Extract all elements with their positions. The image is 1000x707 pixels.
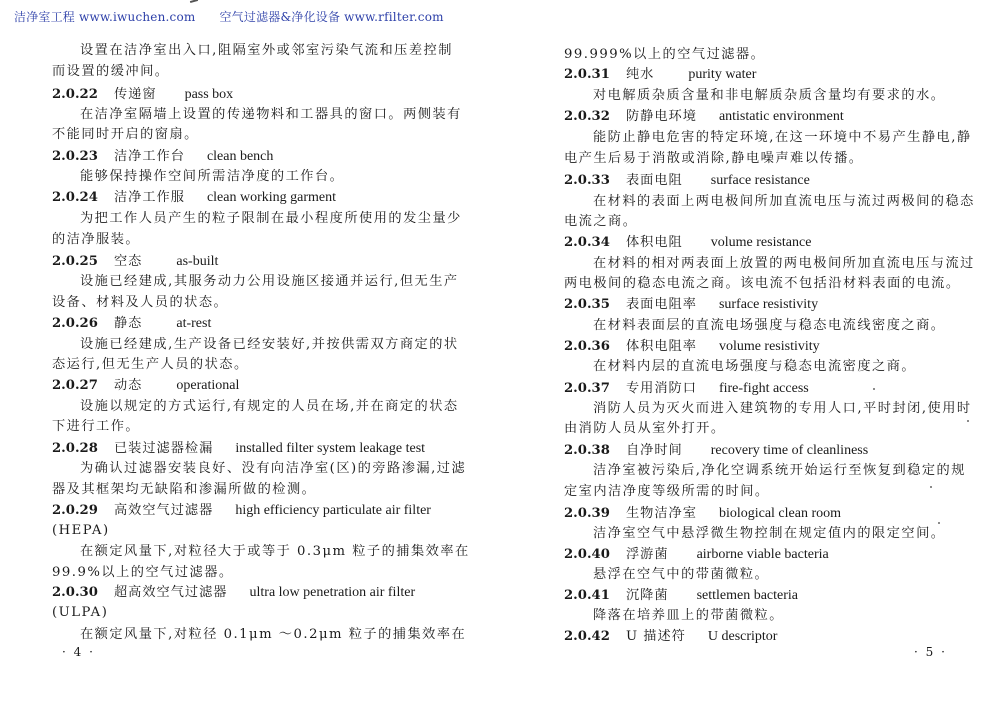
definition-text: 在材料的表面上两电极间所加直流电压与流过两极间的稳态 [593, 193, 975, 211]
term-number: 2.0.26 [52, 315, 102, 333]
term-number: 2.0.38 [564, 442, 614, 460]
term-number: 2.0.34 [564, 234, 614, 252]
term-heading: 2.0.30超高效空气过滤器ultra low penetration air … [52, 584, 415, 602]
term-number: 2.0.27 [52, 377, 102, 395]
continuation-text: 电流之商。 [564, 213, 637, 231]
term-chinese: 洁净工作台 [114, 148, 185, 166]
term-heading: 2.0.29高效空气过滤器high efficiency particulate… [52, 502, 431, 520]
term-number: 2.0.28 [52, 440, 102, 458]
term-heading: 2.0.39生物洁净室biological clean room [564, 505, 841, 523]
term-chinese: 体积电阻率 [626, 338, 697, 356]
definition-text: 洁净室被污染后,净化空调系统开始运行至恢复到稳定的规 [593, 462, 966, 480]
term-heading: 2.0.26静态at-rest [52, 315, 211, 333]
term-chinese: 专用消防口 [626, 380, 697, 398]
continuation-text: 设备、材料及人员的状态。 [52, 294, 228, 312]
term-number: 2.0.22 [52, 86, 102, 104]
term-heading: 2.0.22传递窗pass box [52, 86, 233, 104]
term-heading: 2.0.41沉降菌settlemen bacteria [564, 587, 798, 605]
term-number: 2.0.42 [564, 628, 614, 646]
continuation-text: 的洁净服装。 [52, 231, 140, 249]
term-heading: 2.0.23洁净工作台clean bench [52, 148, 273, 166]
definition-text: 在额定风量下,对粒径大于或等于 0.3μm 粒子的捕集效率在 [80, 543, 470, 561]
term-english: settlemen bacteria [697, 588, 798, 603]
definition-text: 为把工作人员产生的粒子限制在最小程度所使用的发尘量少 [80, 210, 462, 228]
term-heading: 2.0.27动态operational [52, 377, 239, 395]
term-english: fire-fight access [719, 381, 809, 396]
definition-text: 在材料表面层的直流电场强度与稳态电流线密度之商。 [593, 317, 946, 335]
definition-text: 设置在洁净室出入口,阻隔室外或邻室污染气流和压差控制 [80, 42, 453, 60]
definition-text: 能够保持操作空间所需洁净度的工作台。 [80, 168, 344, 186]
term-english: biological clean room [719, 506, 841, 521]
term-number: 2.0.37 [564, 380, 614, 398]
term-chinese: 体积电阻 [626, 234, 683, 252]
scan-speck [938, 522, 940, 524]
term-number: 2.0.24 [52, 189, 102, 207]
continuation-text: 不能同时开启的窗扇。 [52, 126, 199, 144]
term-english: volume resistivity [719, 339, 820, 354]
definition-text: 设施已经建成,其服务动力公用设施区接通并运行,但无生产 [80, 273, 459, 291]
term-english: ultra low penetration air filter [250, 585, 416, 600]
definition-text: 在额定风量下,对粒径 0.1μm ～0.2μm 粒子的捕集效率在 [80, 626, 466, 644]
term-chinese: 已装过滤器检漏 [114, 440, 213, 458]
term-chinese: 生物洁净室 [626, 505, 697, 523]
term-english: recovery time of cleanliness [711, 443, 868, 458]
definition-text: 消防人员为灭火而进入建筑物的专用人口,平时封闭,使用时 [593, 400, 972, 418]
scan-speck [873, 388, 875, 390]
definition-text: 在材料的相对两表面上放置的两电极间所加直流电压与流过 [593, 255, 975, 273]
term-number: 2.0.36 [564, 338, 614, 356]
term-heading: 2.0.34体积电阻volume resistance [564, 234, 811, 252]
right-page: 99.999%以上的空气过滤器。2.0.31纯水purity water对电解质… [520, 0, 990, 707]
term-chinese: 防静电环境 [626, 108, 697, 126]
term-number: 2.0.29 [52, 502, 102, 520]
continuation-text: (ULPA) [52, 604, 108, 622]
term-heading: 2.0.28已装过滤器检漏installed filter system lea… [52, 440, 425, 458]
term-english: as-built [176, 254, 218, 269]
term-chinese: 表面电阻率 [626, 296, 697, 314]
term-heading: 2.0.24洁净工作服clean working garment [52, 189, 336, 207]
scan-speck [967, 420, 969, 422]
continuation-text: 99.9%以上的空气过滤器。 [52, 564, 234, 582]
continuation-text: 99.999%以上的空气过滤器。 [564, 46, 765, 64]
term-english: at-rest [176, 316, 211, 331]
term-heading: 2.0.42U 描述符U descriptor [564, 628, 777, 646]
term-english: surface resistance [711, 173, 810, 188]
term-english: purity water [688, 67, 756, 82]
left-page: 设置在洁净室出入口,阻隔室外或邻室污染气流和压差控制而设置的缓冲间。2.0.22… [0, 0, 470, 707]
continuation-text: 态运行,但无生产人员的状态。 [52, 356, 249, 374]
term-chinese: 沉降菌 [626, 587, 669, 605]
term-number: 2.0.41 [564, 587, 614, 605]
term-chinese: 静态 [114, 315, 142, 333]
term-chinese: 动态 [114, 377, 142, 395]
term-chinese: 超高效空气过滤器 [114, 584, 228, 602]
definition-text: 设施已经建成,生产设备已经安装好,并按供需双方商定的状 [80, 336, 459, 354]
term-chinese: 空态 [114, 253, 142, 271]
term-number: 2.0.35 [564, 296, 614, 314]
term-chinese: U 描述符 [626, 628, 686, 646]
term-heading: 2.0.38自净时间recovery time of cleanliness [564, 442, 868, 460]
continuation-text: 器及其框架均无缺陷和渗漏所做的检测。 [52, 481, 316, 499]
term-chinese: 传递窗 [114, 86, 157, 104]
term-english: volume resistance [711, 235, 812, 250]
term-number: 2.0.39 [564, 505, 614, 523]
term-number: 2.0.33 [564, 172, 614, 190]
term-heading: 2.0.40浮游菌airborne viable bacteria [564, 546, 829, 564]
continuation-text: 由消防人员从室外打开。 [564, 420, 726, 438]
term-english: airborne viable bacteria [697, 547, 829, 562]
definition-text: 设施以规定的方式运行,有规定的人员在场,并在商定的状态 [80, 398, 459, 416]
term-chinese: 纯水 [626, 66, 654, 84]
term-number: 2.0.32 [564, 108, 614, 126]
term-english: installed filter system leakage test [235, 441, 425, 456]
continuation-text: 电产生后易于消散或消除,静电噪声难以传播。 [564, 150, 863, 168]
term-number: 2.0.23 [52, 148, 102, 166]
term-chinese: 表面电阻 [626, 172, 683, 190]
term-number: 2.0.40 [564, 546, 614, 564]
term-english: U descriptor [708, 629, 778, 644]
term-heading: 2.0.36体积电阻率volume resistivity [564, 338, 820, 356]
term-chinese: 浮游菌 [626, 546, 669, 564]
term-english: pass box [185, 87, 234, 102]
term-english: antistatic environment [719, 109, 844, 124]
definition-text: 洁净室空气中悬浮微生物控制在规定值内的限定空间。 [593, 525, 946, 543]
term-english: surface resistivity [719, 297, 818, 312]
term-heading: 2.0.31纯水purity water [564, 66, 756, 84]
term-number: 2.0.25 [52, 253, 102, 271]
term-heading: 2.0.32防静电环境antistatic environment [564, 108, 844, 126]
scan-speck [930, 486, 932, 488]
definition-text: 为确认过滤器安装良好、没有向洁净室(区)的旁路渗漏,过滤 [80, 460, 466, 478]
page-number-left: · 4 · [62, 645, 95, 659]
term-english: high efficiency particulate air filter [235, 503, 431, 518]
continuation-text: 而设置的缓冲间。 [52, 63, 170, 81]
term-heading: 2.0.35表面电阻率surface resistivity [564, 296, 818, 314]
term-heading: 2.0.33表面电阻surface resistance [564, 172, 810, 190]
page-number-right: · 5 · [914, 645, 947, 659]
definition-text: 在洁净室隔墙上设置的传递物料和工器具的窗口。两侧装有 [80, 106, 462, 124]
continuation-text: 两电极间的稳态电流之商。该电流不包括沿材料表面的电流。 [564, 275, 961, 293]
term-heading: 2.0.25空态as-built [52, 253, 218, 271]
term-english: clean bench [207, 149, 273, 164]
term-number: 2.0.30 [52, 584, 102, 602]
term-chinese: 洁净工作服 [114, 189, 185, 207]
term-number: 2.0.31 [564, 66, 614, 84]
term-chinese: 高效空气过滤器 [114, 502, 213, 520]
continuation-text: (HEPA) [52, 522, 110, 540]
continuation-text: 定室内洁净度等级所需的时间。 [564, 483, 770, 501]
definition-text: 对电解质杂质含量和非电解质杂质含量均有要求的水。 [593, 87, 946, 105]
term-heading: 2.0.37专用消防口fire-fight access [564, 380, 809, 398]
term-english: clean working garment [207, 190, 336, 205]
definition-text: 能防止静电危害的特定环境,在这一环境中不易产生静电,静 [593, 129, 972, 147]
definition-text: 在材料内层的直流电场强度与稳态电流密度之商。 [593, 358, 916, 376]
term-english: operational [176, 378, 239, 393]
definition-text: 悬浮在空气中的带菌微粒。 [593, 566, 769, 584]
definition-text: 降落在培养皿上的带菌微粒。 [593, 607, 784, 625]
term-chinese: 自净时间 [626, 442, 683, 460]
continuation-text: 下进行工作。 [52, 418, 140, 436]
